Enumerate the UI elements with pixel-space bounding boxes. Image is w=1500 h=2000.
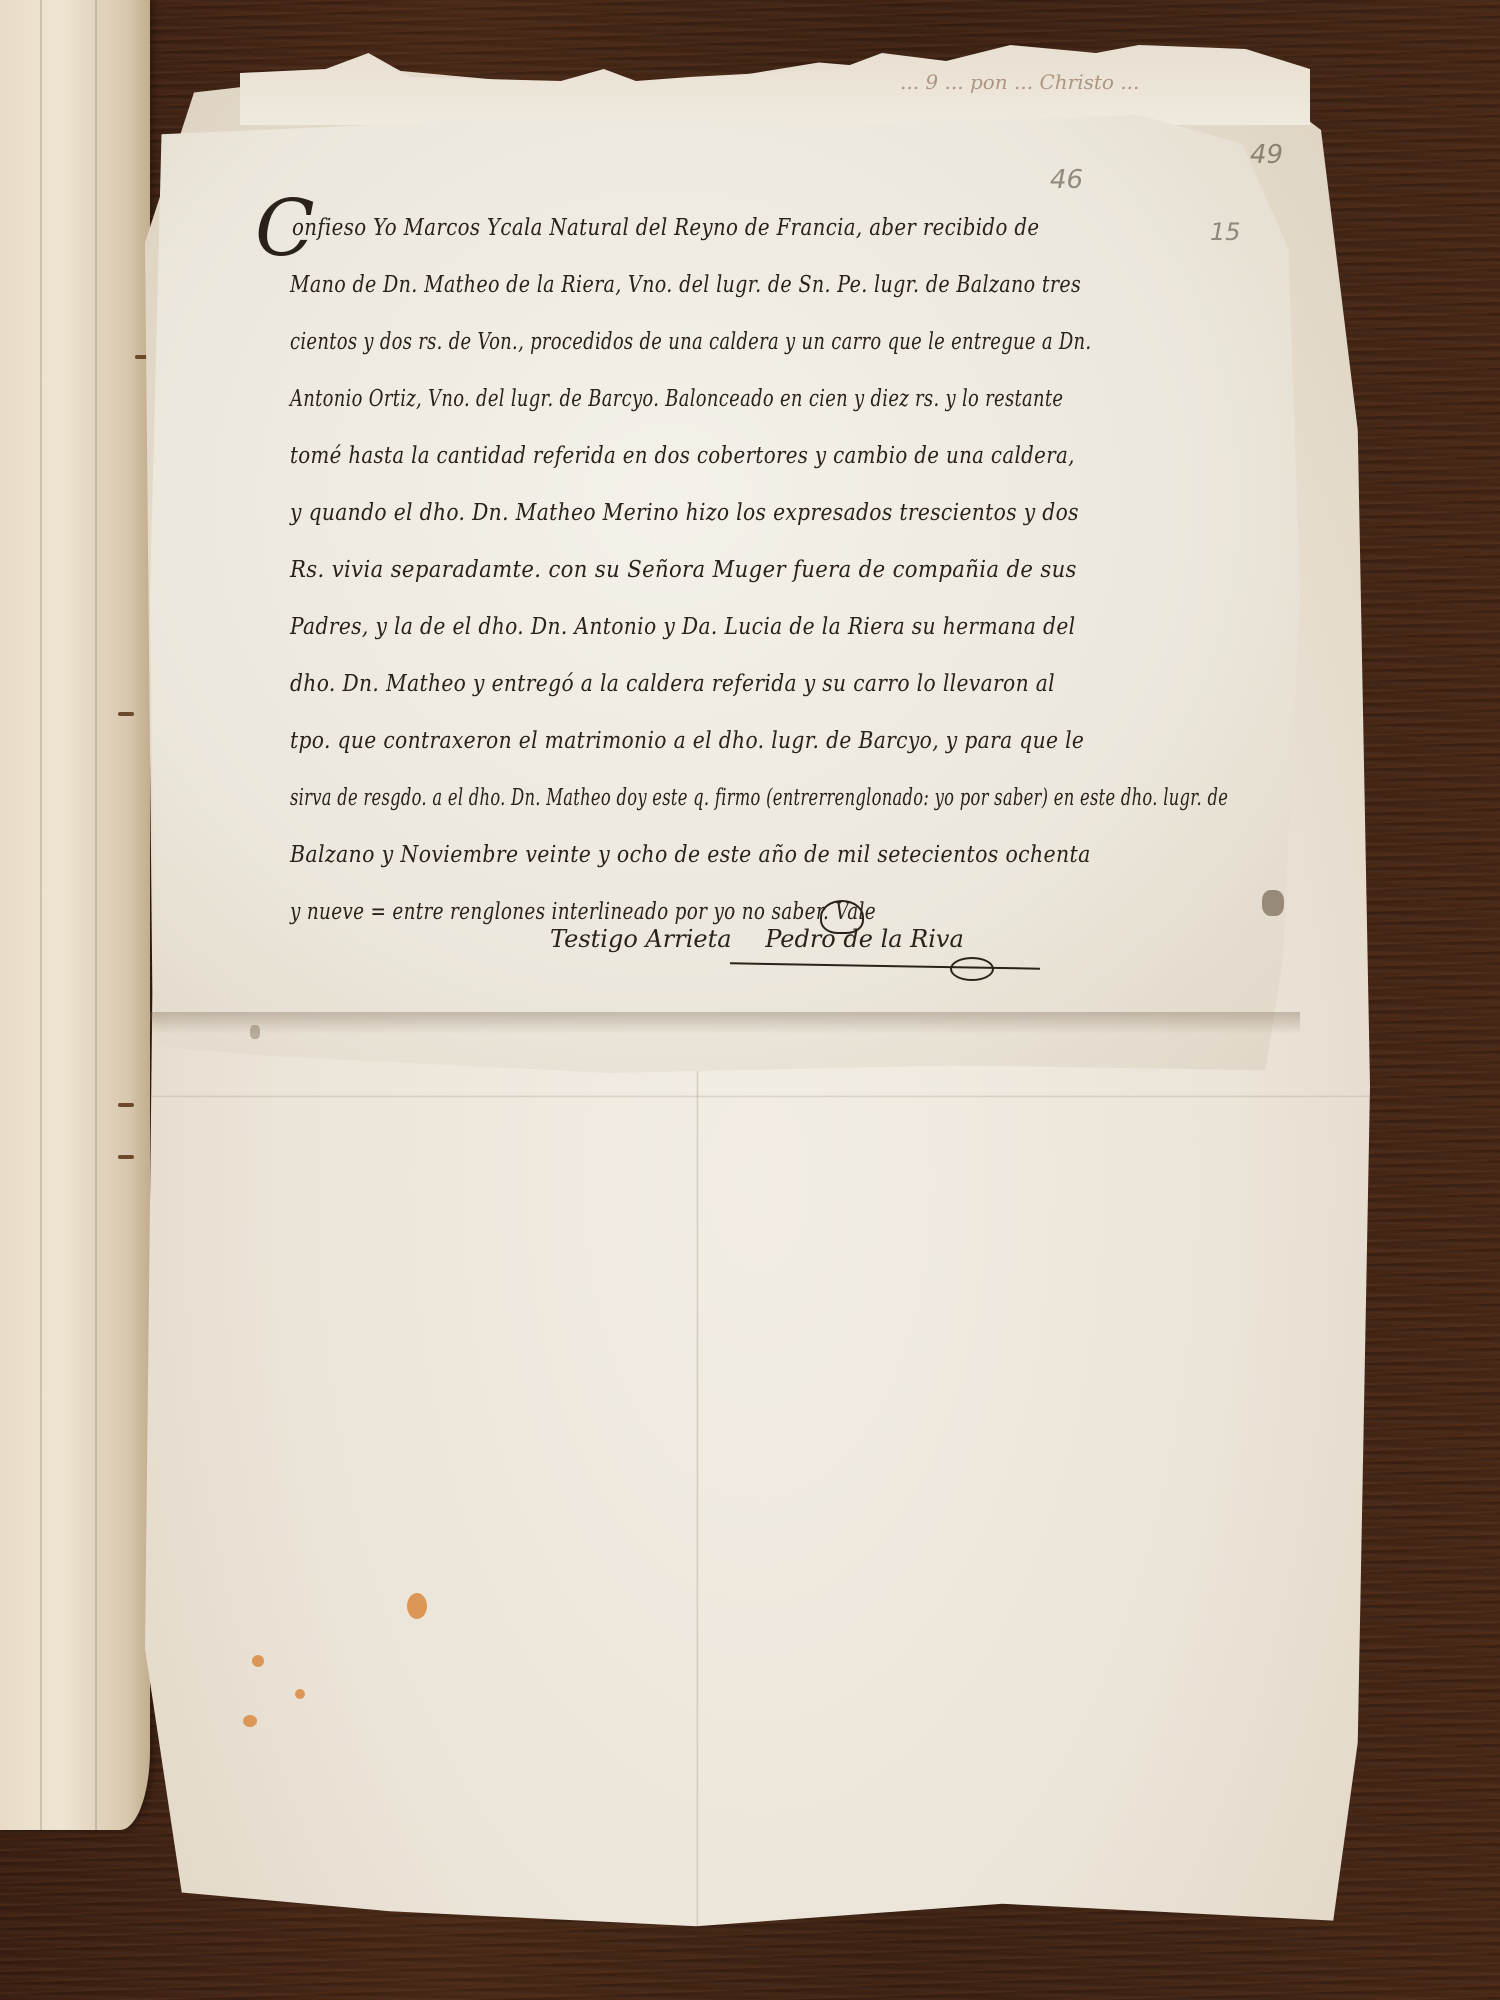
text-line: y quando el dho. Dn. Matheo Merino hizo … [290,485,1207,542]
ink-speck [250,1025,260,1039]
witness-signature: Testigo Arrieta [550,925,732,953]
cross-mark [820,900,864,934]
text-line: Padres, y la de el dho. Dn. Antonio y Da… [290,599,1207,656]
signature-flourish [950,957,994,981]
rust-stain [252,1655,264,1667]
text-line: Mano de Dn. Matheo de la Riera, Vno. del… [290,257,1155,314]
folio-number: 46 [1050,165,1083,195]
page-crease [40,0,42,1830]
rust-stain [243,1715,257,1727]
ink-damage [1262,890,1284,916]
slip-edge-shadow [150,1012,1300,1034]
binding-stitch [118,712,134,716]
torn-top-strip [240,45,1310,125]
text-line: tomé hasta la cantidad referida en dos c… [290,428,1186,485]
binding-stitch [118,1103,134,1107]
signer-signature: Pedro de la Riva [765,925,964,953]
text-line: Rs. vivia separadamte. con su Señora Mug… [290,542,1249,599]
signature-block: Testigo Arrieta Pedro de la Riva [550,925,964,953]
folio-number: 49 [1250,140,1283,170]
rust-stain [407,1593,427,1619]
text-line: sirva de resgdo. a el dho. Dn. Matheo do… [290,770,1030,827]
page-crease [95,0,97,1830]
text-line: Balzano y Noviembre veinte y ocho de est… [290,827,1217,884]
text-line: cientos y dos rs. de Von., procedidos de… [290,314,1103,371]
text-line: dho. Dn. Matheo y entregó a la caldera r… [290,656,1207,713]
strip-faded-text: ... 9 ... pon ... Christo ... [900,70,1139,94]
text-line: onfieso Yo Marcos Ycala Natural del Reyn… [292,200,1186,257]
left-facing-page [0,0,150,1830]
manuscript-text: onfieso Yo Marcos Ycala Natural del Reyn… [292,200,1332,941]
text-line: tpo. que contraxeron el matrimonio a el … [290,713,1207,770]
text-line: Antonio Ortiz, Vno. del lugr. de Barcyo.… [290,371,1103,428]
binding-stitch [118,1155,134,1159]
rust-stain [295,1689,305,1699]
horizontal-fold [145,1095,1370,1098]
